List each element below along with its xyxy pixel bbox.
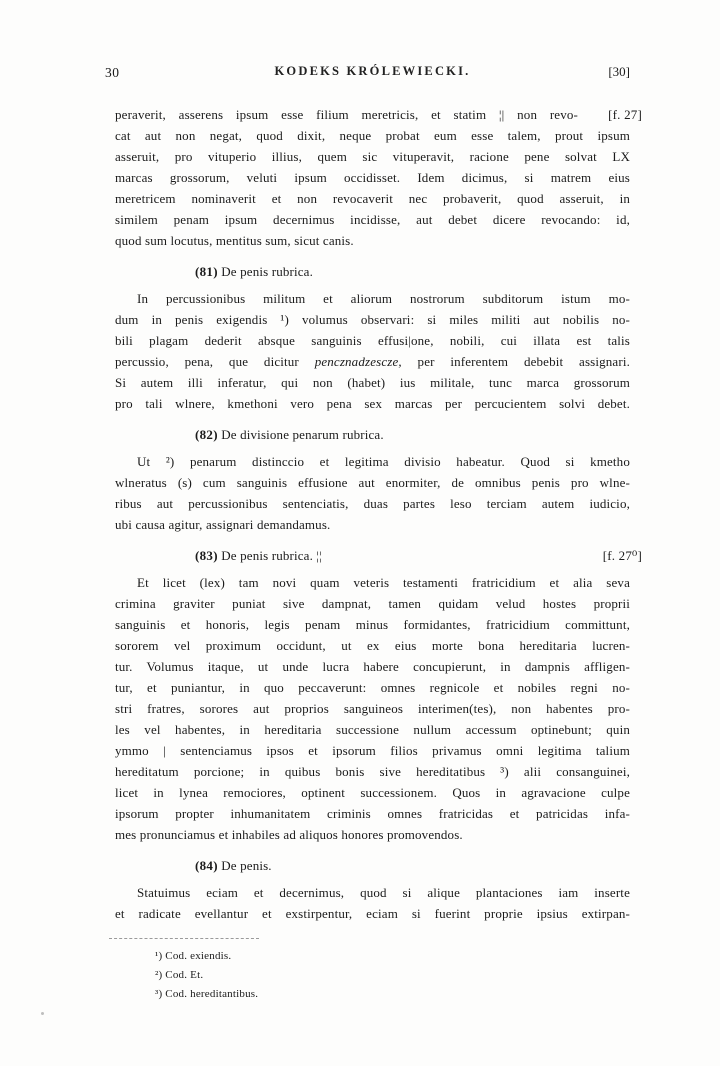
text-line: similem penam ipsum decernimus incidisse… (115, 209, 630, 230)
text-line: pro tali wlnere, kmethoni vero pena sex … (115, 393, 630, 414)
text-line: bili plagam dederit absque sanguinis eff… (115, 330, 630, 351)
footnote-separator (109, 938, 259, 939)
text-line: sororem vel proximum occidunt, ut ex eiu… (115, 635, 630, 656)
text-line: et radicate evellantur et exstirpentur, … (115, 903, 630, 924)
text-line: ymmo | sentenciamus ipsos et ipsorum fil… (115, 740, 630, 761)
text-line: ipsorum propter inhumanitatem criminis o… (115, 803, 630, 824)
text-line: wlneratus (s) cum sanguinis effusione au… (115, 472, 630, 493)
text-line: asseruit, pro vituperio illius, quem sic… (115, 146, 630, 167)
text-line: tur, et puniantur, in quo peccaverunt: o… (115, 677, 630, 698)
scanned-book-page: 30 KODEKS KRÓLEWIECKI. [30] peraverit, a… (0, 0, 720, 1066)
scan-speck (41, 1012, 44, 1015)
paragraph: Statuimus eciam et decernimus, quod si a… (115, 882, 630, 924)
paragraph: Et licet (lex) tam novi quam veteris tes… (115, 572, 630, 845)
text-line: tur. Volumus itaque, ut unde lucra haber… (115, 656, 630, 677)
folio-margin-note: [f. 27] (608, 104, 642, 125)
text-line: Ut ²) penarum distinccio et legitima div… (115, 451, 630, 472)
text-line: In percussionibus militum et aliorum nos… (115, 288, 630, 309)
text-line: cat aut non negat, quod dixit, neque pro… (115, 125, 630, 146)
section-heading: (81) De penis rubrica. (115, 261, 630, 282)
paragraph: In percussionibus militum et aliorum nos… (115, 288, 630, 414)
text-line: mes pronunciamus et inhabiles ad aliquos… (115, 824, 630, 845)
page-header: 30 KODEKS KRÓLEWIECKI. [30] (115, 64, 630, 84)
text-line: crimina graviter puniat sive dampnat, ta… (115, 593, 630, 614)
running-title: KODEKS KRÓLEWIECKI. (115, 64, 630, 79)
text-line: peraverit, asserens ipsum esse filium me… (115, 104, 630, 125)
paragraph: peraverit, asserens ipsum esse filium me… (115, 104, 630, 251)
page-number-right: [30] (608, 64, 630, 80)
section-heading: (84) De penis. (115, 855, 630, 876)
section-heading: (82) De divisione penarum rubrica. (115, 424, 630, 445)
section-heading: (83) De penis rubrica. ¦¦[f. 27⁰] (115, 545, 630, 566)
text-line: percussio, pena, que dicitur pencznadzes… (115, 351, 630, 372)
text-line: meretricem nominaverit et non revocaveri… (115, 188, 630, 209)
text-line: licet in lynea remociores, optinent succ… (115, 782, 630, 803)
text-line: les vel habentes, in hereditaria success… (115, 719, 630, 740)
page-number-left: 30 (105, 65, 120, 81)
text-line: hereditatum porcione; in quibus bonis si… (115, 761, 630, 782)
page-content: peraverit, asserens ipsum esse filium me… (115, 104, 630, 1004)
text-line: stri fratres, sorores aut proprios sangu… (115, 698, 630, 719)
folio-margin-note: [f. 27⁰] (603, 545, 642, 566)
text-line: Statuimus eciam et decernimus, quod si a… (115, 882, 630, 903)
footnote-item: ³) Cod. hereditantibus. (155, 985, 630, 1004)
text-line: dum in penis exigendis ¹) volumus observ… (115, 309, 630, 330)
footnote-item: ¹) Cod. exiendis. (155, 947, 630, 966)
text-line: marcas grossorum, veluti ipsum occidisse… (115, 167, 630, 188)
footnote-item: ²) Cod. Et. (155, 966, 630, 985)
text-line: sanguinis et honoris, legis penam minus … (115, 614, 630, 635)
text-line: Et licet (lex) tam novi quam veteris tes… (115, 572, 630, 593)
footnotes-list: ¹) Cod. exiendis.²) Cod. Et.³) Cod. here… (115, 947, 630, 1004)
text-line: ubi causa agitur, assignari demandamus. (115, 514, 630, 535)
text-line: Si autem illi inferatur, qui non (habet)… (115, 372, 630, 393)
text-line: ribus aut percussionibus sentenciatis, d… (115, 493, 630, 514)
paragraph: Ut ²) penarum distinccio et legitima div… (115, 451, 630, 535)
text-line: quod sum locutus, mentitus sum, sicut ca… (115, 230, 630, 251)
